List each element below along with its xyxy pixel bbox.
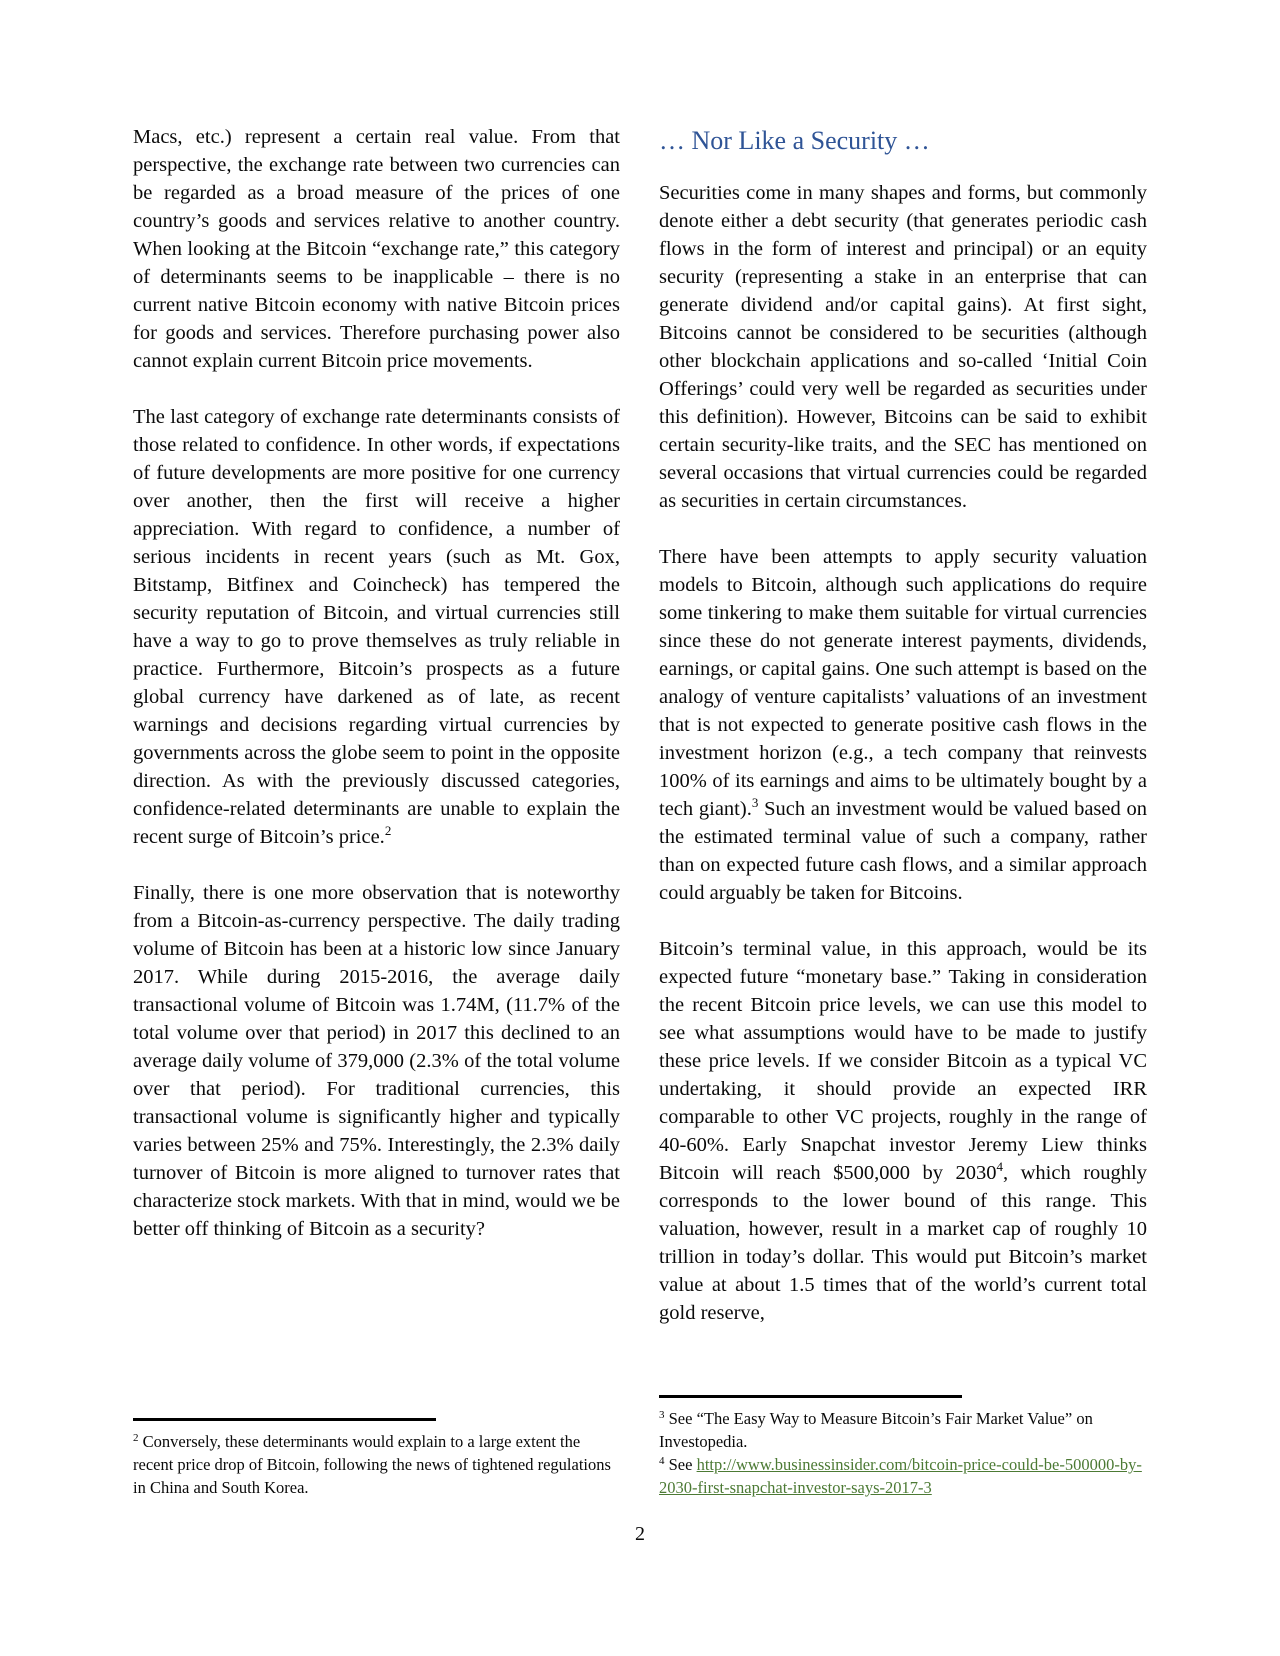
page-number: 2 [0, 1521, 1280, 1547]
footnote-3-text: See “The Easy Way to Measure Bitcoin’s F… [659, 1409, 1093, 1451]
footnote-separator [133, 1418, 436, 1421]
paragraph-securities: Securities come in many shapes and forms… [659, 179, 1147, 515]
footnote-3-marker: 3 [659, 1409, 665, 1421]
section-heading: … Nor Like a Security … [659, 123, 1147, 158]
paragraph-confidence: The last category of exchange rate deter… [133, 403, 620, 851]
footnote-3: 3 See “The Easy Way to Measure Bitcoin’s… [659, 1407, 1147, 1453]
footnotes-left: 2 Conversely, these determinants would e… [133, 1418, 620, 1499]
footnote-2-marker: 2 [133, 1432, 139, 1444]
paragraph-text: There have been attempts to apply securi… [659, 546, 1147, 820]
document-page: Macs, etc.) represent a certain real val… [0, 0, 1280, 1656]
footnote-4: 4 See http://www.businessinsider.com/bit… [659, 1453, 1147, 1499]
footnote-2-text: Conversely, these determinants would exp… [133, 1432, 611, 1497]
footnotes-right: 3 See “The Easy Way to Measure Bitcoin’s… [659, 1395, 1147, 1499]
right-column: … Nor Like a Security … Securities come … [659, 123, 1147, 1355]
left-column: Macs, etc.) represent a certain real val… [133, 123, 620, 1271]
paragraph-text: The last category of exchange rate deter… [133, 406, 620, 848]
footnote-ref-4: 4 [997, 1159, 1004, 1174]
businessinsider-link[interactable]: http://www.businessinsider.com/bitcoin-p… [659, 1455, 1142, 1497]
footnote-4-text: See [665, 1455, 697, 1474]
footnote-2: 2 Conversely, these determinants would e… [133, 1430, 620, 1499]
paragraph-text: , which roughly corresponds to the lower… [659, 1162, 1147, 1324]
paragraph-exchange-rate: Macs, etc.) represent a certain real val… [133, 123, 620, 375]
footnote-ref-3: 3 [752, 795, 759, 810]
paragraph-valuation-models: There have been attempts to apply securi… [659, 543, 1147, 907]
paragraph-trading-volume: Finally, there is one more observation t… [133, 879, 620, 1243]
paragraph-terminal-value: Bitcoin’s terminal value, in this approa… [659, 935, 1147, 1327]
footnote-4-marker: 4 [659, 1455, 665, 1467]
paragraph-text: Bitcoin’s terminal value, in this approa… [659, 938, 1147, 1184]
footnote-separator [659, 1395, 962, 1398]
footnote-ref-2: 2 [385, 823, 392, 838]
